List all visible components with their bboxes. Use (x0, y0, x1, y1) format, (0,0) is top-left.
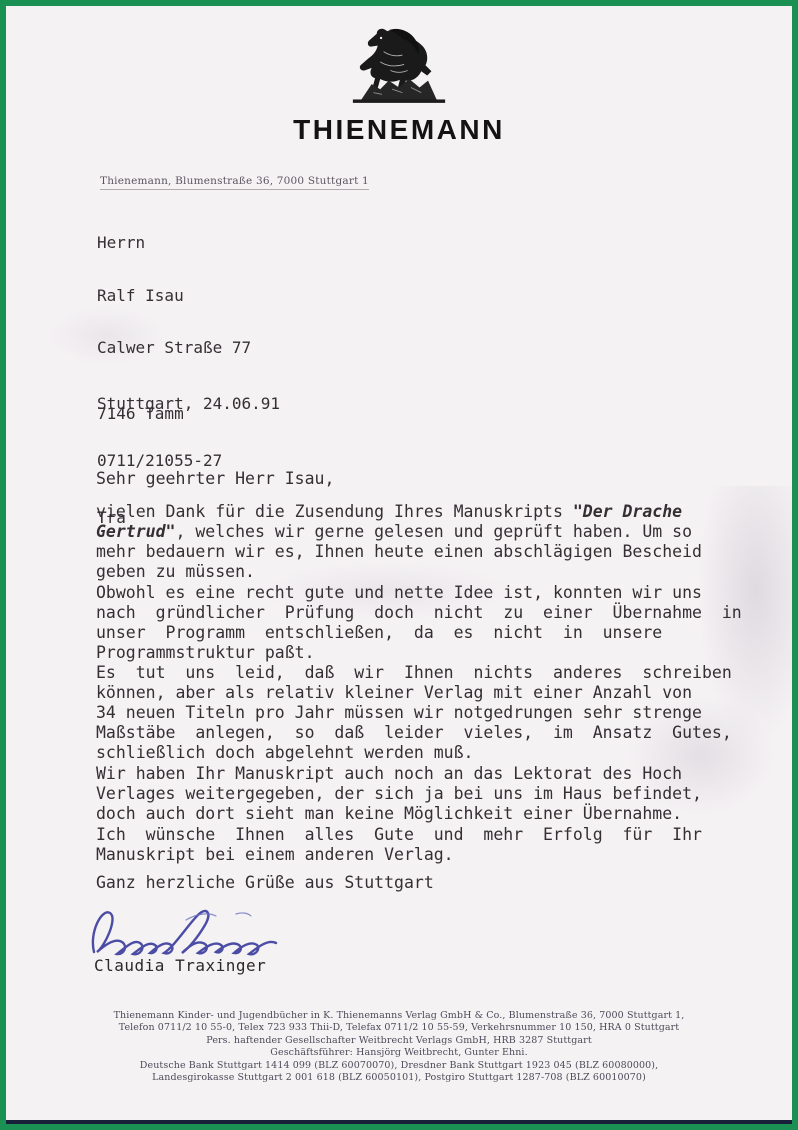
typed-signature-name: Claudia Traxinger (94, 956, 266, 975)
place-date: Stuttgart, 24.06.91 (97, 394, 280, 413)
greeting: Sehr geehrter Herr Isau, (96, 469, 751, 489)
scan-edge-shadow (6, 1120, 792, 1124)
thienemann-horse-logo (338, 26, 460, 108)
sender-line: Thienemann, Blumenstraße 36, 7000 Stuttg… (100, 175, 369, 190)
footer-line: Landesgirokasse Stuttgart 2 001 618 (BLZ… (6, 1072, 792, 1084)
letterhead: THIENEMANN (6, 26, 792, 146)
footer-line: Pers. haftender Gesellschafter Weitbrech… (6, 1035, 792, 1047)
recipient-honorific: Herrn (97, 234, 251, 252)
footer-line: Thienemann Kinder- und Jugendbücher in K… (6, 1010, 792, 1022)
footer-line: Geschäftsführer: Hansjörg Weitbrecht, Gu… (6, 1047, 792, 1059)
recipient-street: Calwer Straße 77 (97, 339, 251, 357)
brand-wordmark: THIENEMANN (6, 114, 792, 146)
phone-reference: 0711/21055-27 (97, 451, 280, 470)
body-paragraph-5: Ich wünsche Ihnen alles Gute und mehr Er… (96, 825, 751, 865)
body-paragraph-4: Wir haben Ihr Manuskript auch noch an da… (96, 764, 751, 824)
scanned-letter-page: THIENEMANN Thienemann, Blumenstraße 36, … (0, 0, 798, 1130)
closing-line: Ganz herzliche Grüße aus Stuttgart (96, 873, 751, 893)
recipient-name: Ralf Isau (97, 287, 251, 305)
footer-line: Deutsche Bank Stuttgart 1414 099 (BLZ 60… (6, 1060, 792, 1072)
footer-line: Telefon 0711/2 10 55-0, Telex 723 933 Th… (6, 1022, 792, 1034)
paragraph-text: vielen Dank für die Zusendung Ihres Manu… (96, 502, 573, 521)
footer-imprint: Thienemann Kinder- und Jugendbücher in K… (6, 1010, 792, 1084)
body-paragraph-3: Es tut uns leid, daß wir Ihnen nichts an… (96, 663, 751, 763)
body-paragraph-1: vielen Dank für die Zusendung Ihres Manu… (96, 502, 751, 582)
body-paragraph-2: Obwohl es eine recht gute und nette Idee… (96, 583, 751, 663)
paragraph-text: , welches wir gerne gelesen und geprüft … (96, 522, 702, 581)
